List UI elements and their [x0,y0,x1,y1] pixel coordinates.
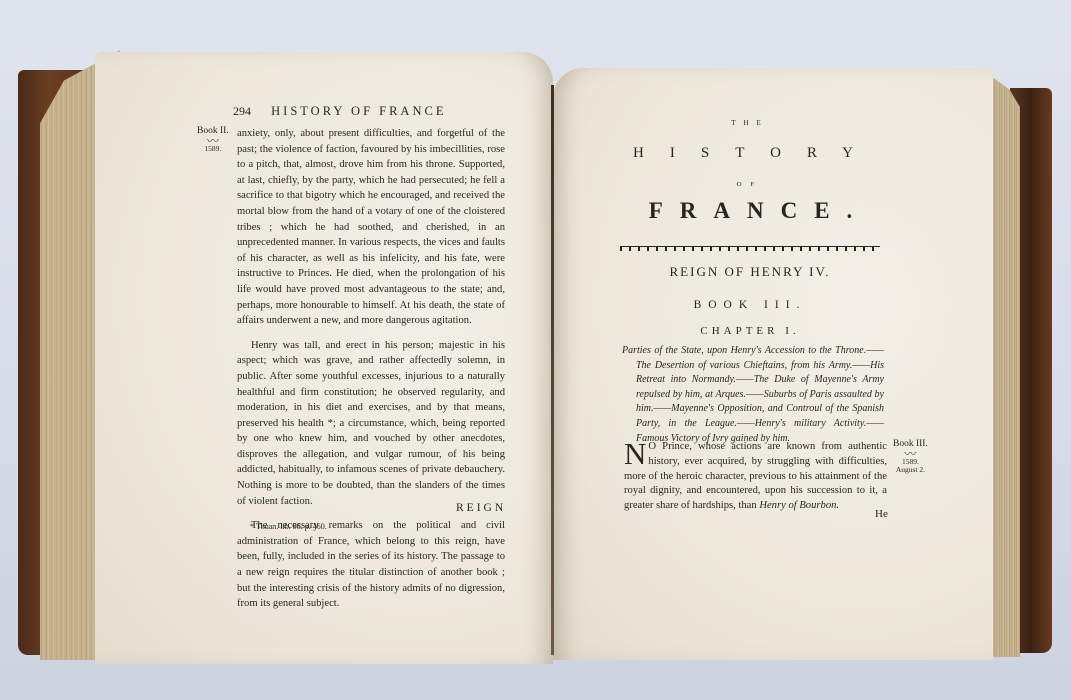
opening-text: O Prince, whose actions are known from a… [624,441,887,511]
drop-cap: N [624,441,646,466]
title-of: OF [600,181,900,188]
footnote: * Thuan. lib. 96. p. 460. [250,522,327,531]
book-heading: BOOK III. [600,299,900,311]
title-france: FRANCE. [609,198,909,224]
book-gutter [551,85,554,655]
margin-note-left: Book II. 〰 1589. [197,127,229,153]
book-photo: 294 HISTORY OF FRANCE Book II. 〰 1589. a… [0,0,1071,700]
ornamental-rule [620,246,880,251]
page-number: 294 [233,104,251,118]
running-head: 294 HISTORY OF FRANCE [233,104,446,119]
title-history: HISTORY [606,145,906,162]
reign-heading: REIGN OF HENRY IV. [600,264,900,280]
paragraph: Henry was tall, and erect in his person;… [237,338,505,510]
title-the: THE [600,119,900,127]
running-head-title: HISTORY OF FRANCE [271,104,446,118]
synopsis-text: Parties of the State, upon Henry's Acces… [622,344,884,446]
margin-note-year: 1589. [197,145,229,153]
left-page-body: anxiety, only, about present difficultie… [237,126,505,621]
chapter-heading: CHAPTER I. [600,325,900,337]
paragraph: anxiety, only, about present difficultie… [237,126,505,329]
margin-note-date: August 2. [893,466,928,474]
margin-note-right: Book III. 〰 1589. August 2. [893,440,928,474]
catchword: REIGN [456,502,506,514]
catchword: He [875,508,888,520]
opening-paragraph: N O Prince, whose actions are known from… [624,440,887,514]
opening-name: Henry of Bourbon. [759,500,839,511]
chapter-synopsis: Parties of the State, upon Henry's Acces… [622,344,884,446]
paragraph: The necessary remarks on the political a… [237,518,505,612]
